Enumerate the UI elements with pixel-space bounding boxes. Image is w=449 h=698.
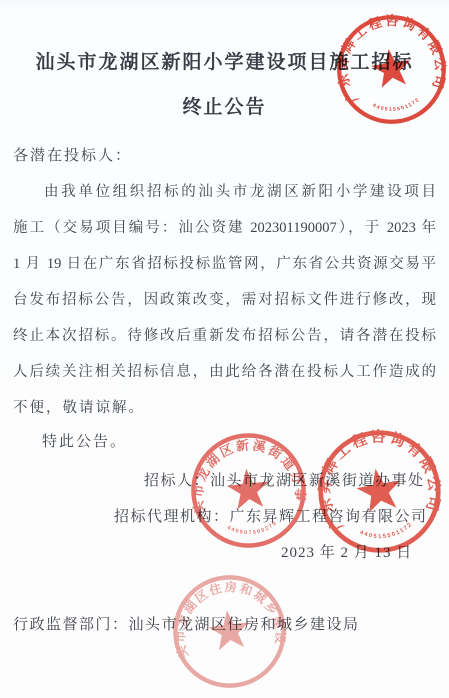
body-line: 台发布招标公告，因政策改变，需对招标文件进行修改，现: [13, 282, 436, 318]
date-line: 2023 年 2 月 13 日: [281, 541, 412, 562]
agency-line: 招标代理机构：广东昇辉工程咨询有限公司: [114, 505, 428, 526]
body-line: 施工（交易项目编号：汕公资建 202301190007），于 2023 年: [13, 210, 436, 246]
body-line: 不便，敬请谅解。: [13, 390, 436, 426]
document-title: 汕头市龙湖区新阳小学建设项目施工招标 终止公告: [0, 40, 449, 130]
document-title-line2: 终止公告: [0, 85, 449, 130]
body-line: 1 月 19 日在广东省招标投标监管网，广东省公共资源交易平: [13, 246, 436, 282]
body-line: 终止本次招标。待修改后重新发布招标公告，请各潜在投标: [13, 318, 436, 354]
official-seal-tenderer-icon: 汕头市龙湖区新溪街道办事处 440507500279: [183, 425, 314, 556]
body-line: 由我单位组织招标的汕头市龙湖区新阳小学建设项目: [13, 174, 436, 210]
document-title-line1: 汕头市龙湖区新阳小学建设项目施工招标: [0, 40, 449, 85]
closing-statement: 特此公告。: [42, 430, 127, 451]
announcement-document: 汕头市龙湖区新阳小学建设项目施工招标 终止公告 各潜在投标人： 由我单位组织招标…: [0, 0, 449, 698]
supervision-line: 行政监督部门：汕头市龙湖区住房和城乡建设局: [13, 613, 360, 634]
body-line: 人后续关注相关招标信息，由此给各潜在投标人工作造成的: [13, 354, 436, 390]
tenderer-line: 招标人：汕头市龙湖区新溪街道办事处: [144, 469, 425, 490]
body-paragraph: 由我单位组织招标的汕头市龙湖区新阳小学建设项目 施工（交易项目编号：汕公资建 2…: [13, 174, 436, 426]
salutation: 各潜在投标人：: [13, 144, 132, 165]
